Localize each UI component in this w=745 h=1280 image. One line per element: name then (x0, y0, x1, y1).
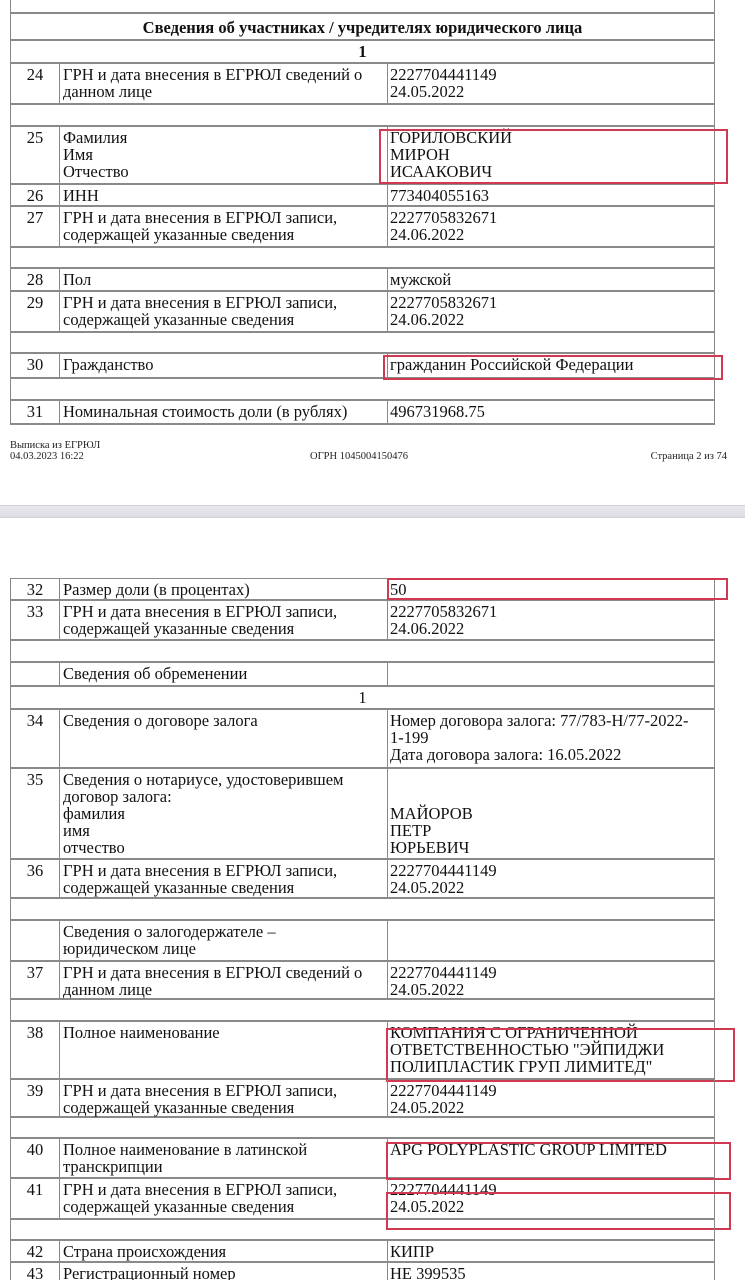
row-label-line: Сведения о нотариусе, удостоверившем (63, 771, 387, 788)
row-label-line: ГРН и дата внесения в ЕГРЮЛ сведений о (63, 66, 387, 83)
row-label-line: содержащей указанные сведения (63, 620, 387, 637)
row-label-line: Полное наименование (63, 1024, 387, 1041)
row-value-line (390, 771, 714, 788)
row-value-line: НЕ 399535 (390, 1265, 714, 1280)
row-value-line: ИСААКОВИЧ (390, 163, 714, 180)
row-label: Регистрационный номер (60, 1263, 388, 1280)
row-number: 43 (11, 1263, 60, 1280)
table-row: 36ГРН и дата внесения в ЕГРЮЛ записи,сод… (10, 860, 715, 899)
row-value[interactable]: 773404055163 (388, 185, 714, 205)
row-value-line: 2227705832671 (390, 209, 714, 226)
table-row-empty (10, 899, 715, 921)
row-label: Размер доли (в процентах) (60, 579, 388, 599)
row-label: Сведения о договоре залога (60, 710, 388, 767)
row-value-line: гражданин Российской Федерации (390, 356, 714, 373)
row-label: Сведения об обременении (60, 663, 388, 685)
row-value-line: 2227704441149 (390, 862, 714, 879)
table-row: 1 (10, 687, 715, 710)
table-row: 40Полное наименование в латинскойтранскр… (10, 1139, 715, 1179)
table-row: 29ГРН и дата внесения в ЕГРЮЛ записи,сод… (10, 292, 715, 333)
row-value-line: 24.06.2022 (390, 226, 714, 243)
row-value[interactable]: МАЙОРОВПЕТРЮРЬЕВИЧ (388, 769, 714, 858)
table-row: 24ГРН и дата внесения в ЕГРЮЛ сведений о… (10, 64, 715, 105)
row-label: ГРН и дата внесения в ЕГРЮЛ записи,содер… (60, 207, 388, 246)
row-value[interactable]: 222770583267124.06.2022 (388, 207, 714, 246)
table-row: 35Сведения о нотариусе, удостоверившемдо… (10, 769, 715, 860)
row-label: ИНН (60, 185, 388, 205)
row-label-line: имя (63, 822, 387, 839)
row-label: Сведения о залогодержателе –юридическом … (60, 921, 388, 960)
participant-index: 1 (11, 41, 714, 62)
row-number: 29 (11, 292, 60, 331)
row-value-line: 24.05.2022 (390, 981, 714, 998)
row-value-line: 2227705832671 (390, 294, 714, 311)
table-row-empty (10, 0, 715, 14)
row-label-line: содержащей указанные сведения (63, 1198, 387, 1215)
row-number: 27 (11, 207, 60, 246)
row-value-line: 24.06.2022 (390, 311, 714, 328)
row-label-line: содержащей указанные сведения (63, 311, 387, 328)
row-label-line: Номинальная стоимость доли (в рублях) (63, 403, 387, 420)
row-label-line: юридическом лице (63, 940, 387, 957)
row-value-line: 50 (390, 581, 714, 598)
row-number: 25 (11, 127, 60, 183)
row-label-line: Полное наименование в латинской (63, 1141, 387, 1158)
row-number: 30 (11, 354, 60, 377)
row-label-line: ГРН и дата внесения в ЕГРЮЛ записи, (63, 603, 387, 620)
row-label-line: Страна происхождения (63, 1243, 387, 1260)
row-number: 36 (11, 860, 60, 897)
row-label-line: Сведения о залогодержателе – (63, 923, 387, 940)
table-row: 25ФамилияИмяОтчествоГОРИЛОВСКИЙМИРОНИСАА… (10, 127, 715, 185)
row-label-line: договор залога: (63, 788, 387, 805)
section-title-row: Сведения об участниках / учредителях юри… (10, 14, 715, 41)
row-number: 32 (11, 579, 60, 599)
encumbrance-index: 1 (11, 687, 714, 708)
row-label-line: ГРН и дата внесения в ЕГРЮЛ записи, (63, 1082, 387, 1099)
row-value[interactable]: APG POLYPLASTIC GROUP LIMITED (388, 1139, 714, 1177)
row-value[interactable]: 496731968.75 (388, 401, 714, 423)
row-value[interactable] (388, 663, 714, 685)
row-value-line: 24.05.2022 (390, 1198, 714, 1215)
table-row-empty (10, 1220, 715, 1241)
row-label: ФамилияИмяОтчество (60, 127, 388, 183)
table-row: 41ГРН и дата внесения в ЕГРЮЛ записи,сод… (10, 1179, 715, 1220)
row-label-line: Регистрационный номер (63, 1265, 387, 1280)
table-row: 42Страна происхожденияКИПР (10, 1241, 715, 1263)
row-value-line: Дата договора залога: 16.05.2022 (390, 746, 714, 763)
row-value-line: мужской (390, 271, 714, 288)
row-label: ГРН и дата внесения в ЕГРЮЛ сведений ода… (60, 962, 388, 998)
row-number: 33 (11, 601, 60, 639)
table-row: 33ГРН и дата внесения в ЕГРЮЛ записи,сод… (10, 601, 715, 641)
row-value[interactable]: ГОРИЛОВСКИЙМИРОНИСААКОВИЧ (388, 127, 714, 183)
row-label-line: Сведения об обременении (63, 665, 387, 682)
row-label-line: данном лице (63, 83, 387, 100)
row-label-line: содержащей указанные сведения (63, 1099, 387, 1116)
row-label: Сведения о нотариусе, удостоверившемдого… (60, 769, 388, 858)
row-value-line: КОМПАНИЯ С ОГРАНИЧЕННОЙ (390, 1024, 714, 1041)
row-label: Страна происхождения (60, 1241, 388, 1261)
row-number: 34 (11, 710, 60, 767)
row-value-line: 2227705832671 (390, 603, 714, 620)
table-row: Сведения о залогодержателе –юридическом … (10, 921, 715, 962)
table-row: 27ГРН и дата внесения в ЕГРЮЛ записи,сод… (10, 207, 715, 248)
row-value[interactable]: 222770444114924.05.2022 (388, 962, 714, 998)
row-label: ГРН и дата внесения в ЕГРЮЛ записи,содер… (60, 601, 388, 639)
row-label: ГРН и дата внесения в ЕГРЮЛ записи,содер… (60, 292, 388, 331)
row-label-line: ГРН и дата внесения в ЕГРЮЛ записи, (63, 862, 387, 879)
row-label-line: Фамилия (63, 129, 387, 146)
row-label-line: содержащей указанные сведения (63, 879, 387, 896)
row-value-line: 24.05.2022 (390, 879, 714, 896)
row-value[interactable]: 222770444114924.05.2022 (388, 1080, 714, 1116)
row-number: 42 (11, 1241, 60, 1261)
row-label: ГРН и дата внесения в ЕГРЮЛ записи,содер… (60, 1179, 388, 1218)
row-number: 35 (11, 769, 60, 858)
row-value[interactable]: 222770444114924.05.2022 (388, 860, 714, 897)
row-value-line: 24.05.2022 (390, 1099, 714, 1116)
row-number: 31 (11, 401, 60, 423)
table-row: 28Полмужской (10, 269, 715, 292)
row-value-line: 2227704441149 (390, 964, 714, 981)
row-label-line: данном лице (63, 981, 387, 998)
row-number: 28 (11, 269, 60, 290)
row-label-line: Сведения о договоре залога (63, 712, 387, 729)
row-number: 39 (11, 1080, 60, 1116)
table-row-empty (10, 1000, 715, 1022)
row-number (11, 921, 60, 960)
row-value-line: 2227704441149 (390, 1082, 714, 1099)
row-value-line: ПОЛИПЛАСТИК ГРУП ЛИМИТЕД" (390, 1058, 714, 1075)
row-label-line: фамилия (63, 805, 387, 822)
row-label: Полное наименование в латинскойтранскрип… (60, 1139, 388, 1177)
row-value-line: 773404055163 (390, 187, 714, 204)
row-number (11, 663, 60, 685)
row-label: Номинальная стоимость доли (в рублях) (60, 401, 388, 423)
row-number: 24 (11, 64, 60, 103)
row-value[interactable]: 222770444114924.05.2022 (388, 64, 714, 103)
row-label: Пол (60, 269, 388, 290)
row-number: 40 (11, 1139, 60, 1177)
row-label: ГРН и дата внесения в ЕГРЮЛ записи,содер… (60, 860, 388, 897)
row-value[interactable]: НЕ 399535 (388, 1263, 714, 1280)
row-label-line: содержащей указанные сведения (63, 226, 387, 243)
table-row: 39ГРН и дата внесения в ЕГРЮЛ записи,сод… (10, 1080, 715, 1118)
row-value-line: 2227704441149 (390, 1181, 714, 1198)
table-row-empty (10, 248, 715, 269)
page-separator (0, 505, 745, 518)
row-label-line: Пол (63, 271, 387, 288)
row-value[interactable]: 222770583267124.06.2022 (388, 292, 714, 331)
table-row: 26ИНН773404055163 (10, 185, 715, 207)
row-label: Гражданство (60, 354, 388, 377)
row-label-line: Гражданство (63, 356, 387, 373)
row-value[interactable]: гражданин Российской Федерации (388, 354, 714, 377)
table-row-empty (10, 105, 715, 127)
row-value-line: КИПР (390, 1243, 714, 1260)
row-value-line: 496731968.75 (390, 403, 714, 420)
row-value-line: Номер договора залога: 77/783-Н/77-2022- (390, 712, 714, 729)
row-value[interactable]: Номер договора залога: 77/783-Н/77-2022-… (388, 710, 714, 767)
row-value-line: 2227704441149 (390, 66, 714, 83)
row-value[interactable]: 50 (388, 579, 714, 599)
table-row: 32Размер доли (в процентах)50 (10, 578, 715, 601)
row-value[interactable]: мужской (388, 269, 714, 290)
row-label: Полное наименование (60, 1022, 388, 1078)
row-value[interactable]: 222770583267124.06.2022 (388, 601, 714, 639)
row-number: 41 (11, 1179, 60, 1218)
row-label-line: ГРН и дата внесения в ЕГРЮЛ записи, (63, 1181, 387, 1198)
row-value-line: APG POLYPLASTIC GROUP LIMITED (390, 1141, 714, 1158)
pdf-page-2: Сведения об участниках / учредителях юри… (0, 0, 745, 505)
pdf-page-3: 32Размер доли (в процентах)5033ГРН и дат… (0, 518, 745, 1280)
row-label-line: Размер доли (в процентах) (63, 581, 387, 598)
row-label-line: транскрипции (63, 1158, 387, 1175)
row-value-line: ОТВЕТСТВЕННОСТЬЮ "ЭЙПИДЖИ (390, 1041, 714, 1058)
row-value-line: 24.05.2022 (390, 83, 714, 100)
footer-extract-date: 04.03.2023 16:22 (10, 451, 100, 462)
row-label-line: отчество (63, 839, 387, 856)
footer-page-number: Страница 2 из 74 (651, 451, 727, 462)
table-row: 34Сведения о договоре залогаНомер догово… (10, 710, 715, 769)
row-value[interactable]: КОМПАНИЯ С ОГРАНИЧЕННОЙОТВЕТСТВЕННОСТЬЮ … (388, 1022, 714, 1078)
row-value[interactable] (388, 921, 714, 960)
row-number: 26 (11, 185, 60, 205)
row-label-line: ГРН и дата внесения в ЕГРЮЛ сведений о (63, 964, 387, 981)
participant-index-row: 1 (10, 41, 715, 64)
section-title: Сведения об участниках / учредителях юри… (11, 14, 714, 39)
row-value[interactable]: КИПР (388, 1241, 714, 1261)
row-label: ГРН и дата внесения в ЕГРЮЛ сведений ода… (60, 64, 388, 103)
row-value-line: ГОРИЛОВСКИЙ (390, 129, 714, 146)
table-row: 30Гражданствогражданин Российской Федера… (10, 354, 715, 379)
row-label-line: ГРН и дата внесения в ЕГРЮЛ записи, (63, 209, 387, 226)
table-row: 38Полное наименованиеКОМПАНИЯ С ОГРАНИЧЕ… (10, 1022, 715, 1080)
row-value[interactable]: 222770444114924.05.2022 (388, 1179, 714, 1218)
row-value-line: МАЙОРОВ (390, 805, 714, 822)
table-row-empty (10, 379, 715, 401)
table-row-empty (10, 333, 715, 354)
footer-ogrn: ОГРН 1045004150476 (310, 451, 408, 462)
footer-extract-label: Выписка из ЕГРЮЛ (10, 440, 100, 451)
row-label-line: ГРН и дата внесения в ЕГРЮЛ записи, (63, 294, 387, 311)
row-value-line: 24.06.2022 (390, 620, 714, 637)
row-label-line: Отчество (63, 163, 387, 180)
table-row-empty (10, 641, 715, 663)
row-label: ГРН и дата внесения в ЕГРЮЛ записи,содер… (60, 1080, 388, 1116)
row-value-line: 1-199 (390, 729, 714, 746)
footer-extract-info: Выписка из ЕГРЮЛ 04.03.2023 16:22 (10, 440, 100, 462)
table-row: Сведения об обременении (10, 663, 715, 687)
row-value-line: МИРОН (390, 146, 714, 163)
table-row-empty (10, 1118, 715, 1139)
row-value-line: ПЕТР (390, 822, 714, 839)
row-number: 37 (11, 962, 60, 998)
row-number: 38 (11, 1022, 60, 1078)
table-row: 43Регистрационный номерНЕ 399535 (10, 1263, 715, 1280)
row-label-line: ИНН (63, 187, 387, 204)
row-label-line: Имя (63, 146, 387, 163)
row-value-line (390, 788, 714, 805)
table-row: 31Номинальная стоимость доли (в рублях)4… (10, 401, 715, 425)
table-row: 37ГРН и дата внесения в ЕГРЮЛ сведений о… (10, 962, 715, 1000)
row-value-line: ЮРЬЕВИЧ (390, 839, 714, 856)
